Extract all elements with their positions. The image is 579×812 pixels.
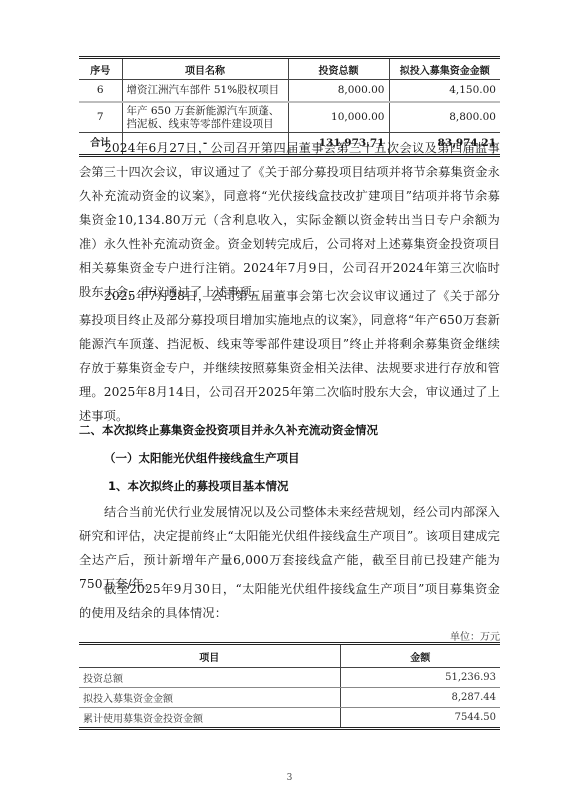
table-row: 6 增资江洲汽车部件 51%股权项目 8,000.00 4,150.00 — [79, 80, 500, 103]
cell-investment: 10,000.00 — [288, 102, 389, 133]
subsubsection-heading-1: 1、本次拟终止的募投项目基本情况 — [108, 477, 289, 495]
header-investment: 投资总额 — [288, 58, 389, 80]
cell-raised-funds: 8,800.00 — [389, 102, 500, 133]
header-project-name: 项目名称 — [122, 58, 288, 80]
cell-investment: 8,000.00 — [288, 80, 389, 103]
table-row: 投资总额 51,236.93 — [79, 668, 500, 688]
cell-project-name: 年产 650 万套新能源汽车顶蓬、挡泥板、线束等零部件建设项目 — [122, 102, 288, 133]
page-number: 3 — [0, 773, 579, 783]
paragraph-2024-closure: 2024年6月27日，公司召开第四届董事会第三十五次会议及第四届监事会第三十四次… — [79, 136, 500, 304]
table-header-row: 序号 项目名称 投资总额 拟投入募集资金金额 — [79, 58, 500, 80]
cell-no: 7 — [79, 102, 122, 133]
header-amount: 金额 — [340, 644, 500, 668]
cell-item: 累计使用募集资金投资金额 — [79, 708, 340, 729]
table-row: 累计使用募集资金投资金额 7544.50 — [79, 708, 500, 729]
header-raised-funds: 拟投入募集资金金额 — [389, 58, 500, 80]
cell-amount: 51,236.93 — [340, 668, 500, 688]
table-row: 拟投入募集资金金额 8,287.44 — [79, 688, 500, 708]
section-heading-2: 二、本次拟终止募集资金投资项目并永久补充流动资金情况 — [79, 421, 378, 439]
unit-label: 单位：万元 — [450, 628, 500, 643]
paragraph-fund-usage-intro: 截至2025年9月30日，“太阳能光伏组件接线盒生产项目”项目募集资金的使用及结… — [79, 577, 500, 625]
header-no: 序号 — [79, 58, 122, 80]
document-page: 序号 项目名称 投资总额 拟投入募集资金金额 6 增资江洲汽车部件 51%股权项… — [0, 0, 579, 812]
table-header-row: 项目 金额 — [79, 644, 500, 668]
cell-project-name: 增资江洲汽车部件 51%股权项目 — [122, 80, 288, 103]
cell-no: 6 — [79, 80, 122, 103]
subsection-heading-1: （一）太阳能光伏组件接线盒生产项目 — [104, 449, 300, 467]
cell-raised-funds: 4,150.00 — [389, 80, 500, 103]
fund-usage-table: 项目 金额 投资总额 51,236.93 拟投入募集资金金额 8,287.44 … — [79, 642, 500, 730]
cell-amount: 8,287.44 — [340, 688, 500, 708]
table-row: 7 年产 650 万套新能源汽车顶蓬、挡泥板、线束等零部件建设项目 10,000… — [79, 102, 500, 133]
header-item: 项目 — [79, 644, 340, 668]
cell-item: 拟投入募集资金金额 — [79, 688, 340, 708]
cell-amount: 7544.50 — [340, 708, 500, 729]
paragraph-2025-termination: 2025年7月28日，公司第五届董事会第七次会议审议通过了《关于部分募投项目终止… — [79, 284, 500, 428]
cell-item: 投资总额 — [79, 668, 340, 688]
